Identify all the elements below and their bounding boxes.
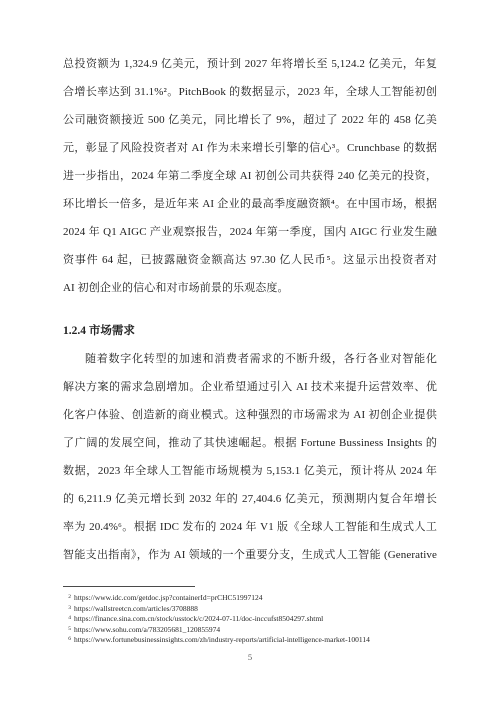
text-line: 解决方案的需求急剧增加。企业希望通过引入 AI 技术来提升运营效率、优	[63, 373, 437, 401]
paragraph-1: 总投资额为 1,324.9 亿美元，预计到 2027 年将增长至 5,124.2…	[63, 50, 437, 302]
footnote-marker: 4	[63, 613, 71, 624]
footnote-url: https://www.idc.com/getdoc.jsp?container…	[74, 593, 263, 602]
footnote-marker: 3	[63, 603, 71, 614]
page-content: 总投资额为 1,324.9 亿美元，预计到 2027 年将增长至 5,124.2…	[63, 50, 437, 663]
page-number: 5	[63, 652, 437, 663]
text-line: 总投资额为 1,324.9 亿美元，预计到 2027 年将增长至 5,124.2…	[63, 50, 437, 78]
text-line: 合增长率达到 31.1%²。PitchBook 的数据显示，2023 年，全球人…	[63, 78, 437, 106]
footnote-url: https://wallstreetcn.com/articles/370888…	[74, 604, 198, 613]
text-line: 进一步指出，2024 年第二季度全球 AI 初创公司共获得 240 亿美元的投资…	[63, 162, 437, 190]
text-line: 数据，2023 年全球人工智能市场规模为 5,153.1 亿美元，预计将从 20…	[63, 457, 437, 485]
section-heading: 1.2.4 市场需求	[63, 317, 437, 345]
footnotes: 2https://www.idc.com/getdoc.jsp?containe…	[63, 592, 437, 645]
footnote-item: 4https://finance.sina.com.cn/stock/ussto…	[63, 613, 437, 624]
text-line: 2024 年 Q1 AIGC 产业观察报告，2024 年第一季度，国内 AIGC…	[63, 218, 437, 246]
text-line: 化客户体验、创造新的商业模式。这种强烈的市场需求为 AI 初创企业提供	[63, 401, 437, 429]
footnote-item: 3https://wallstreetcn.com/articles/37088…	[63, 603, 437, 614]
text-line: 元，彰显了风险投资者对 AI 作为未来增长引擎的信心³。Crunchbase 的…	[63, 134, 437, 162]
footnote-marker: 2	[63, 592, 71, 603]
text-line: AI 初创企业的信心和对市场前景的乐观态度。	[63, 274, 437, 302]
text-line: 智能支出指南》，作为 AI 领域的一个重要分支，生成式人工智能 (Generat…	[63, 541, 437, 569]
footnote-url: https://www.fortunebusinessinsights.com/…	[74, 635, 370, 644]
text-line: 率为 20.4%⁶。根据 IDC 发布的 2024 年 V1 版《全球人工智能和…	[63, 513, 437, 541]
text-line: 的 6,211.9 亿美元增长到 2032 年的 27,404.6 亿美元，预测…	[63, 485, 437, 513]
paragraph-2: 随着数字化转型的加速和消费者需求的不断升级，各行各业对智能化解决方案的需求急剧增…	[63, 345, 437, 569]
footnote-item: 6https://www.fortunebusinessinsights.com…	[63, 634, 437, 645]
document-page: 总投资额为 1,324.9 亿美元，预计到 2027 年将增长至 5,124.2…	[0, 0, 500, 707]
footnote-marker: 6	[63, 634, 71, 645]
text-line: 随着数字化转型的加速和消费者需求的不断升级，各行各业对智能化	[63, 345, 437, 373]
footnote-item: 5https://www.sohu.com/a/783205681_120855…	[63, 624, 437, 635]
footnote-item: 2https://www.idc.com/getdoc.jsp?containe…	[63, 592, 437, 603]
text-line: 了广阔的发展空间，推动了其快速崛起。根据 Fortune Bussiness I…	[63, 429, 437, 457]
footnote-marker: 5	[63, 624, 71, 635]
text-line: 公司融资额接近 500 亿美元，同比增长了 9%，超过了 2022 年的 458…	[63, 106, 437, 134]
footnote-separator	[63, 586, 195, 587]
footnote-url: https://www.sohu.com/a/783205681_1208559…	[74, 625, 220, 634]
footnote-url: https://finance.sina.com.cn/stock/usstoc…	[74, 614, 323, 623]
text-line: 环比增长一倍多，是近年来 AI 企业的最高季度融资额⁴。在中国市场，根据	[63, 190, 437, 218]
text-line: 资事件 64 起，已披露融资金额高达 97.30 亿人民币⁵。这显示出投资者对	[63, 246, 437, 274]
